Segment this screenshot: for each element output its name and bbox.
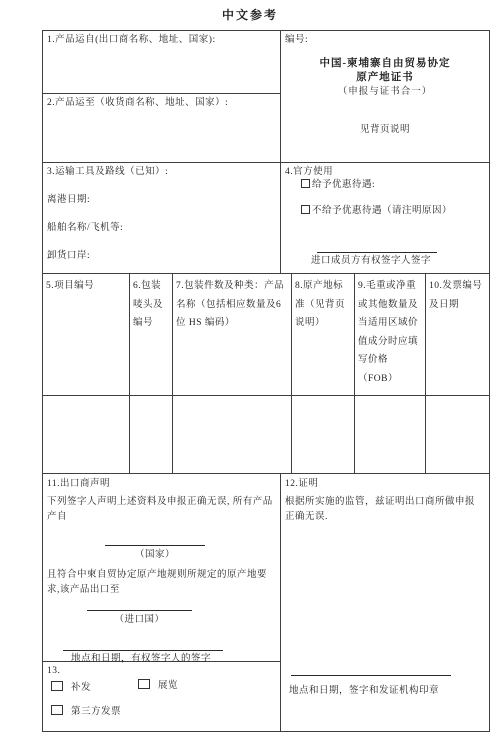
box2-label: 2.产品运至（收货商名称、地址、国家）: xyxy=(47,98,228,108)
third-party-invoice-checkbox-icon[interactable] xyxy=(51,705,63,715)
departure-date-label: 离港日期: xyxy=(47,193,90,208)
header-origin-criterion: 8.原产地标准（见背页说明） xyxy=(292,274,355,396)
box11-exporter-declaration: 11.出口商声明 下列签字人声明上述资料及申报正确无误, 所有产品产自 （国家）… xyxy=(43,474,281,662)
box13-label: 13. xyxy=(47,664,60,679)
certificate-subtitle: （申报与证书合一） xyxy=(281,85,489,100)
table-cell-marks-numbers[interactable] xyxy=(130,396,173,474)
header-marks-numbers: 6.包装唛头及编号 xyxy=(130,274,173,396)
reference-no-label: 编号: xyxy=(285,33,308,48)
header-invoice-number-date: 10.发票编号及日期 xyxy=(426,274,489,396)
box3-label: 3.运输工具及路线（已知）: xyxy=(47,165,168,180)
table-cell-invoice-number-date[interactable] xyxy=(426,396,489,474)
box13-options: 13. 补发 展览 第三方发票 xyxy=(43,662,281,731)
box12-label: 12.证明 xyxy=(285,477,318,492)
box2-goods-consigned-to: 2.产品运至（收货商名称、地址、国家）: xyxy=(43,94,281,163)
box12-certification: 12.证明 根据所实施的监管，兹证明出口商所做申报正确无误. 地点和日期，签字和… xyxy=(281,474,489,731)
page-title: 中文参考 xyxy=(0,6,500,23)
table-cell-weight-quantity-fob[interactable] xyxy=(355,396,426,474)
unloading-port-label: 卸货口岸: xyxy=(47,249,90,264)
box1-label: 1.产品运自(出口商名称、地址、国家): xyxy=(47,35,216,45)
exhibition-label: 展览 xyxy=(158,681,178,691)
importing-signature-caption: 进口成员方有权签字人签字 xyxy=(311,254,431,269)
vessel-name-label: 船舶名称/飞机等: xyxy=(47,221,123,236)
option-reissued: 补发 xyxy=(51,681,91,696)
table-cell-item-number[interactable] xyxy=(43,396,130,474)
table-cell-origin-criterion[interactable] xyxy=(292,396,355,474)
import-country-caption: （进口国） xyxy=(87,613,192,628)
country-caption: （国家） xyxy=(105,548,205,563)
issuing-signature-line xyxy=(291,675,451,676)
country-fill-line xyxy=(105,545,205,546)
certificate-header: 编号: 中国-柬埔寨自由贸易协定 原产地证书 （申报与证书合一） 见背页说明 xyxy=(281,31,489,163)
see-overleaf-note: 见背页说明 xyxy=(281,123,489,138)
box11-label: 11.出口商声明 xyxy=(47,477,110,492)
preference-denied-label: 不给予优惠待遇（请注明原因） xyxy=(312,206,452,216)
certificate-title-line1: 中国-柬埔寨自由贸易协定 xyxy=(281,57,489,71)
certificate-title-block: 中国-柬埔寨自由贸易协定 原产地证书 （申报与证书合一） xyxy=(281,57,489,100)
box1-goods-consigned-from: 1.产品运自(出口商名称、地址、国家): xyxy=(43,31,281,94)
option-third-party-invoice: 第三方发票 xyxy=(51,705,121,720)
certification-body: 根据所实施的监管，兹证明出口商所做申报正确无误. xyxy=(285,495,483,524)
document-page: 中文参考 1.产品运自(出口商名称、地址、国家): 2.产品运至（收货商名称、地… xyxy=(0,0,500,743)
header-packages-description: 7.包装件数及种类：产品名称（包括相应数量及6位 HS 编码） xyxy=(173,274,292,396)
certificate-title-line2: 原产地证书 xyxy=(281,71,489,85)
box4-official-use: 4.官方使用 给予优惠待遇: 不给予优惠待遇（请注明原因） 进口成员方有权签字人… xyxy=(281,163,489,274)
importing-signature-line xyxy=(317,252,437,253)
declaration-text-2: 且符合中柬自贸协定原产地规则所规定的原产地要求,该产品出口至 xyxy=(47,568,277,597)
table-cell-packages-description[interactable] xyxy=(173,396,292,474)
third-party-invoice-label: 第三方发票 xyxy=(71,707,121,717)
exhibition-checkbox-icon[interactable] xyxy=(138,679,150,689)
header-weight-quantity-fob: 9.毛重或净重或其他数量及当适用区域价值成分时应填写价格（FOB） xyxy=(355,274,426,396)
issuing-signature-caption: 地点和日期，签字和发证机构印章 xyxy=(289,684,439,699)
preference-denied-checkbox-icon[interactable] xyxy=(301,205,310,214)
reissued-checkbox-icon[interactable] xyxy=(51,681,63,691)
preference-given-option: 给予优惠待遇: xyxy=(301,178,375,193)
preference-denied-option: 不给予优惠待遇（请注明原因） xyxy=(301,204,452,219)
exporter-signature-line xyxy=(63,650,223,651)
preference-given-checkbox-icon[interactable] xyxy=(301,179,310,188)
reissued-label: 补发 xyxy=(71,683,91,693)
declaration-text-1: 下列签字人声明上述资料及申报正确无误, 所有产品产自 xyxy=(47,495,277,524)
header-item-number: 5.项目编号 xyxy=(43,274,130,396)
box3-transport-means: 3.运输工具及路线（已知）: 离港日期: 船舶名称/飞机等: 卸货口岸: xyxy=(43,163,281,274)
import-country-fill-line xyxy=(87,610,192,611)
certificate-form: 1.产品运自(出口商名称、地址、国家): 2.产品运至（收货商名称、地址、国家）… xyxy=(42,30,490,732)
option-exhibition: 展览 xyxy=(138,679,178,694)
preference-given-label: 给予优惠待遇: xyxy=(312,180,375,190)
